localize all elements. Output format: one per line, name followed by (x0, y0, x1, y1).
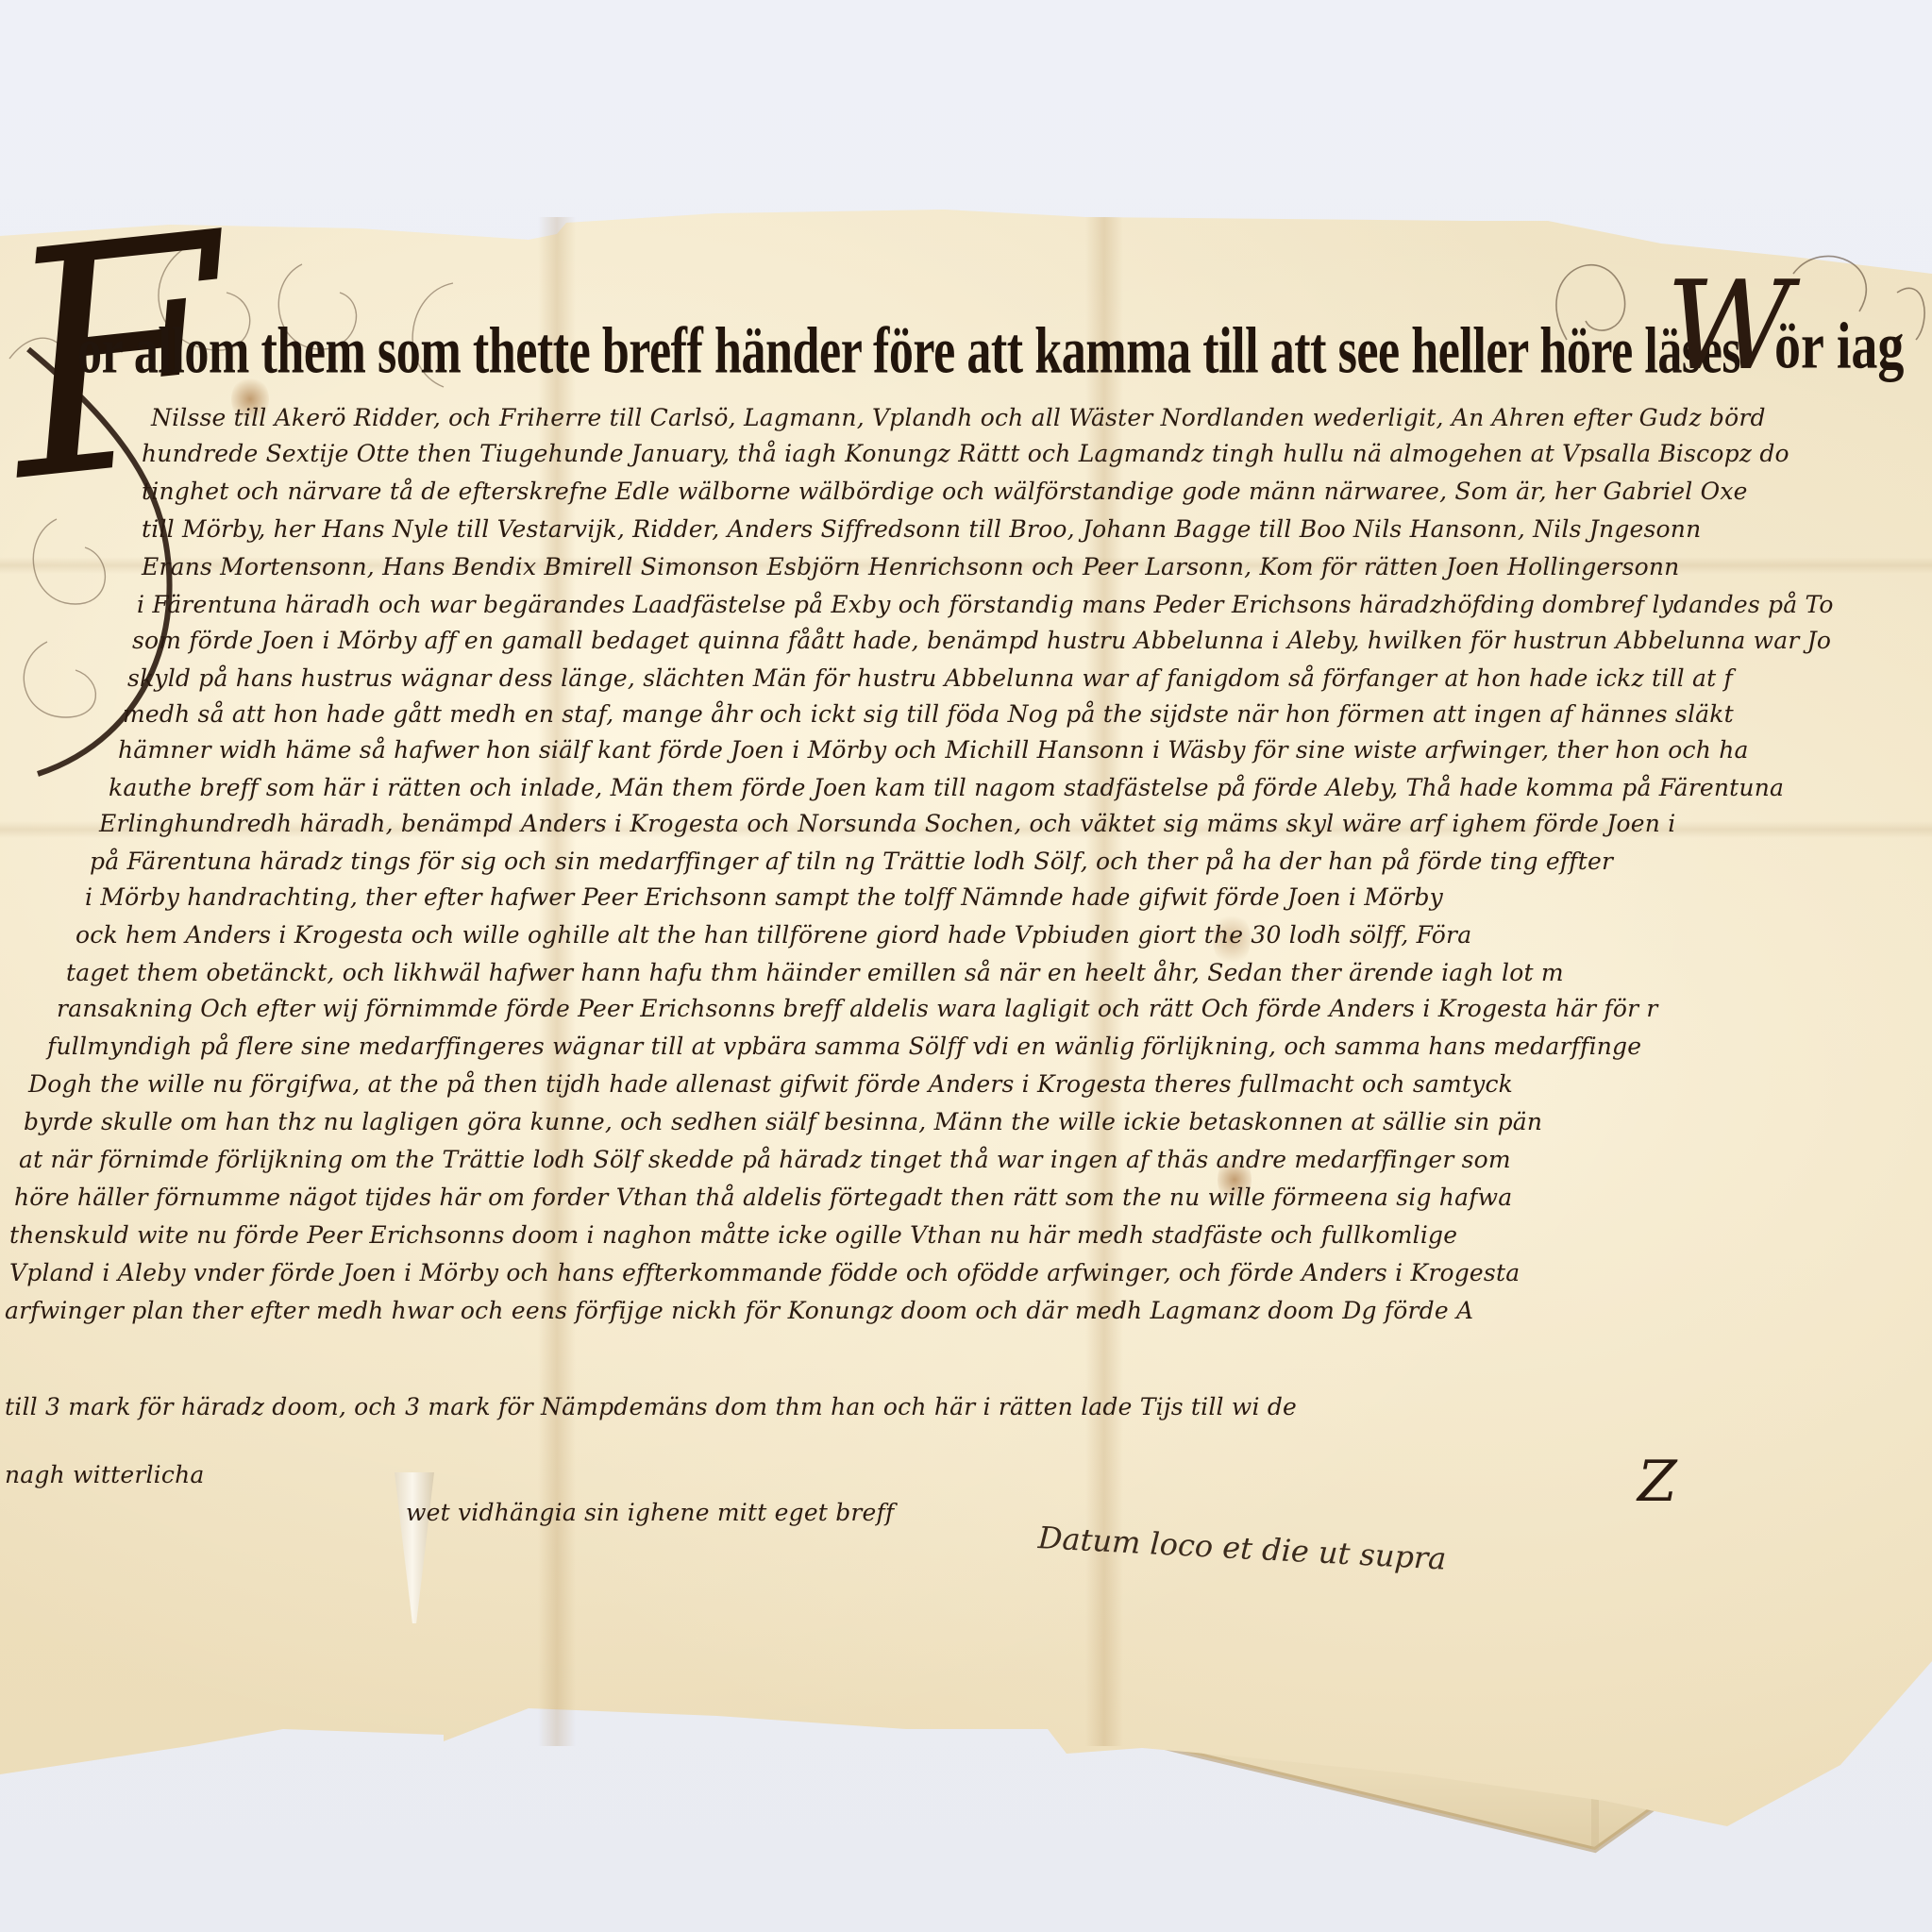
text-line: kauthe breff som här i rätten och inlade… (109, 774, 1784, 801)
text-line: at när förnimde förlijkning om the Trätt… (19, 1146, 1511, 1173)
text-line: Nilsse till Akerö Ridder, och Friherre t… (151, 404, 1766, 431)
text-line: Dogh the wille nu förgifwa, at the på th… (28, 1070, 1513, 1098)
text-line: medh så att hon hade gått medh en staf, … (123, 700, 1734, 728)
text-line: ock hem Anders i Krogesta och wille oghi… (76, 921, 1471, 949)
text-line: thenskuld wite nu förde Peer Erichsonns … (9, 1221, 1457, 1249)
text-line: på Färentuna häradz tings för sig och si… (90, 848, 1613, 875)
text-line: tinghet och närvare tå de efterskrefne E… (142, 478, 1748, 505)
text-line: byrde skulle om han thz nu lagligen göra… (24, 1108, 1542, 1135)
document-heading: or allom them som thette breff händer fö… (77, 313, 1740, 389)
photo-background: F or allom them som thette breff händer … (0, 0, 1932, 1932)
text-line: wet vidhängia sin ighene mitt eget breff (406, 1499, 894, 1526)
text-line: Erlinghundredh häradh, benämpd Anders i … (99, 810, 1675, 837)
text-line: nagh witterlicha (5, 1461, 205, 1488)
text-line: hundrede Sextije Otte then Tiugehunde Ja… (142, 440, 1789, 467)
text-line: taget them obetänckt, och likhwäl hafwer… (66, 959, 1564, 986)
document-heading-right: ör iag (1774, 309, 1904, 384)
text-line: till 3 mark för häradz doom, och 3 mark … (5, 1393, 1297, 1420)
text-line: till Mörby, her Hans Nyle till Vestarvij… (142, 515, 1701, 543)
text-line: i Färentuna häradh och war begärandes La… (137, 591, 1834, 618)
text-line: höre häller förnumme nägot tijdes här om… (14, 1184, 1512, 1211)
text-line: Erans Mortensonn, Hans Bendix Bmirell Si… (142, 553, 1679, 580)
text-line: ransakning Och efter wij förnimmde förde… (57, 995, 1658, 1022)
decorated-initial-w: W (1666, 264, 1792, 387)
text-line: i Mörby handrachting, ther efter hafwer … (85, 883, 1443, 911)
text-line: som förde Joen i Mörby aff en gamall bed… (132, 627, 1831, 654)
text-line: fullmyndigh på flere sine medarffingeres… (47, 1033, 1641, 1060)
text-line: Vpland i Aleby vnder förde Joen i Mörby … (9, 1259, 1520, 1286)
signature-flourish: Z (1638, 1449, 1677, 1515)
text-line: arfwinger plan ther efter medh hwar och … (5, 1297, 1473, 1324)
text-line: hämner widh häme så hafwer hon siälf kan… (118, 736, 1749, 764)
text-line: skyld på hans hustrus wägnar dess länge,… (127, 664, 1733, 692)
